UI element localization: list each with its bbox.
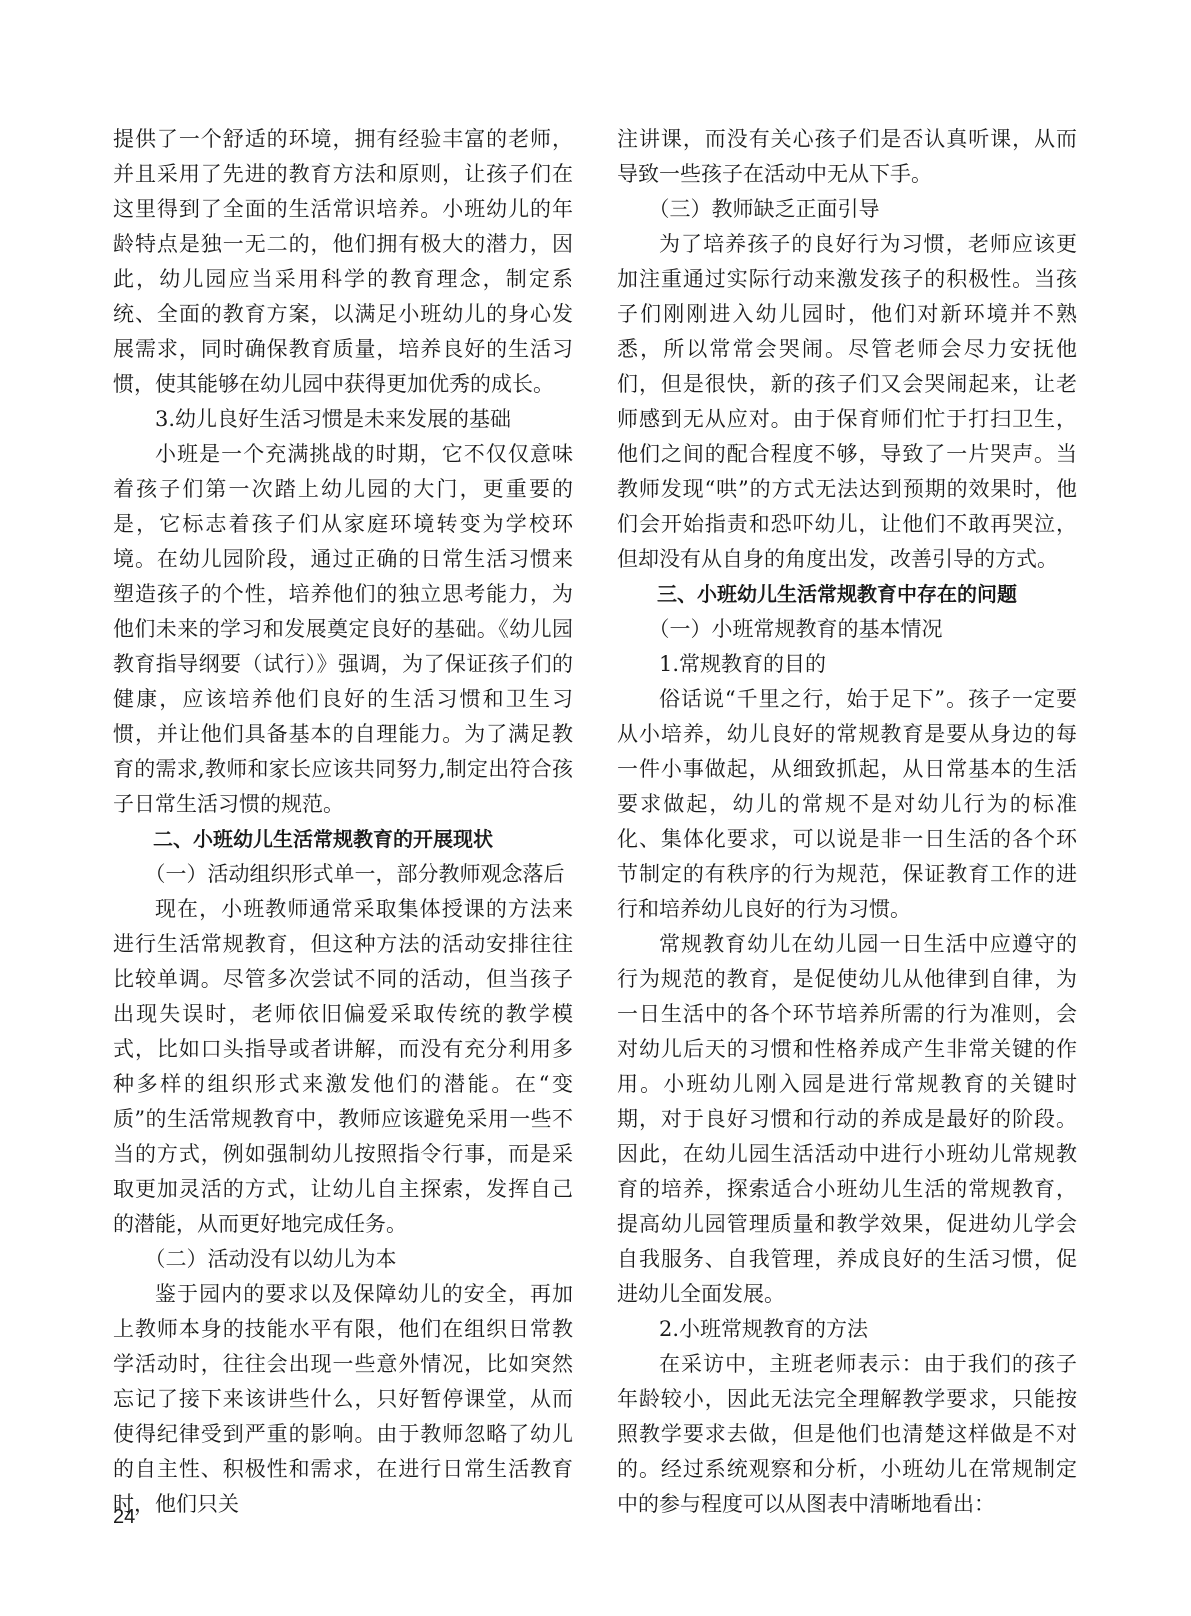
subsection-heading: （一）活动组织形式单一，部分教师观念落后 — [113, 857, 573, 892]
subsection-heading: 2.小班常规教育的方法 — [617, 1312, 1077, 1347]
page-number: 24 — [113, 1506, 135, 1529]
paragraph-continued: 注讲课，而没有关心孩子们是否认真听课，从而导致一些孩子在活动中无从下手。 — [617, 122, 1077, 192]
paragraph: 小班是一个充满挑战的时期，它不仅仅意味着孩子们第一次踏上幼儿园的大门，更重要的是… — [113, 437, 573, 822]
subsection-heading: （二）活动没有以幼儿为本 — [113, 1242, 573, 1277]
subsection-heading: （一）小班常规教育的基本情况 — [617, 612, 1077, 647]
paragraph: 鉴于园内的要求以及保障幼儿的安全，再加上教师本身的技能水平有限，他们在组织日常教… — [113, 1277, 573, 1522]
left-column: 提供了一个舒适的环境，拥有经验丰富的老师，并且采用了先进的教育方法和原则，让孩子… — [113, 122, 573, 1522]
section-heading: 三、小班幼儿生活常规教育中存在的问题 — [617, 577, 1077, 612]
subsection-heading: 3.幼儿良好生活习惯是未来发展的基础 — [113, 402, 573, 437]
paragraph: 俗话说“千里之行，始于足下”。孩子一定要从小培养，幼儿良好的常规教育是要从身边的… — [617, 682, 1077, 927]
subsection-heading: （三）教师缺乏正面引导 — [617, 192, 1077, 227]
paragraph: 现在，小班教师通常采取集体授课的方法来进行生活常规教育，但这种方法的活动安排往往… — [113, 892, 573, 1242]
subsection-heading: 1.常规教育的目的 — [617, 647, 1077, 682]
section-heading: 二、小班幼儿生活常规教育的开展现状 — [113, 822, 573, 857]
paragraph: 常规教育幼儿在幼儿园一日生活中应遵守的行为规范的教育，是促使幼儿从他律到自律，为… — [617, 927, 1077, 1312]
right-column: 注讲课，而没有关心孩子们是否认真听课，从而导致一些孩子在活动中无从下手。 （三）… — [617, 122, 1077, 1522]
paragraph-continued: 提供了一个舒适的环境，拥有经验丰富的老师，并且采用了先进的教育方法和原则，让孩子… — [113, 122, 573, 402]
paragraph: 在采访中，主班老师表示：由于我们的孩子年龄较小，因此无法完全理解教学要求，只能按… — [617, 1347, 1077, 1522]
paragraph: 为了培养孩子的良好行为习惯，老师应该更加注重通过实际行动来激发孩子的积极性。当孩… — [617, 227, 1077, 577]
